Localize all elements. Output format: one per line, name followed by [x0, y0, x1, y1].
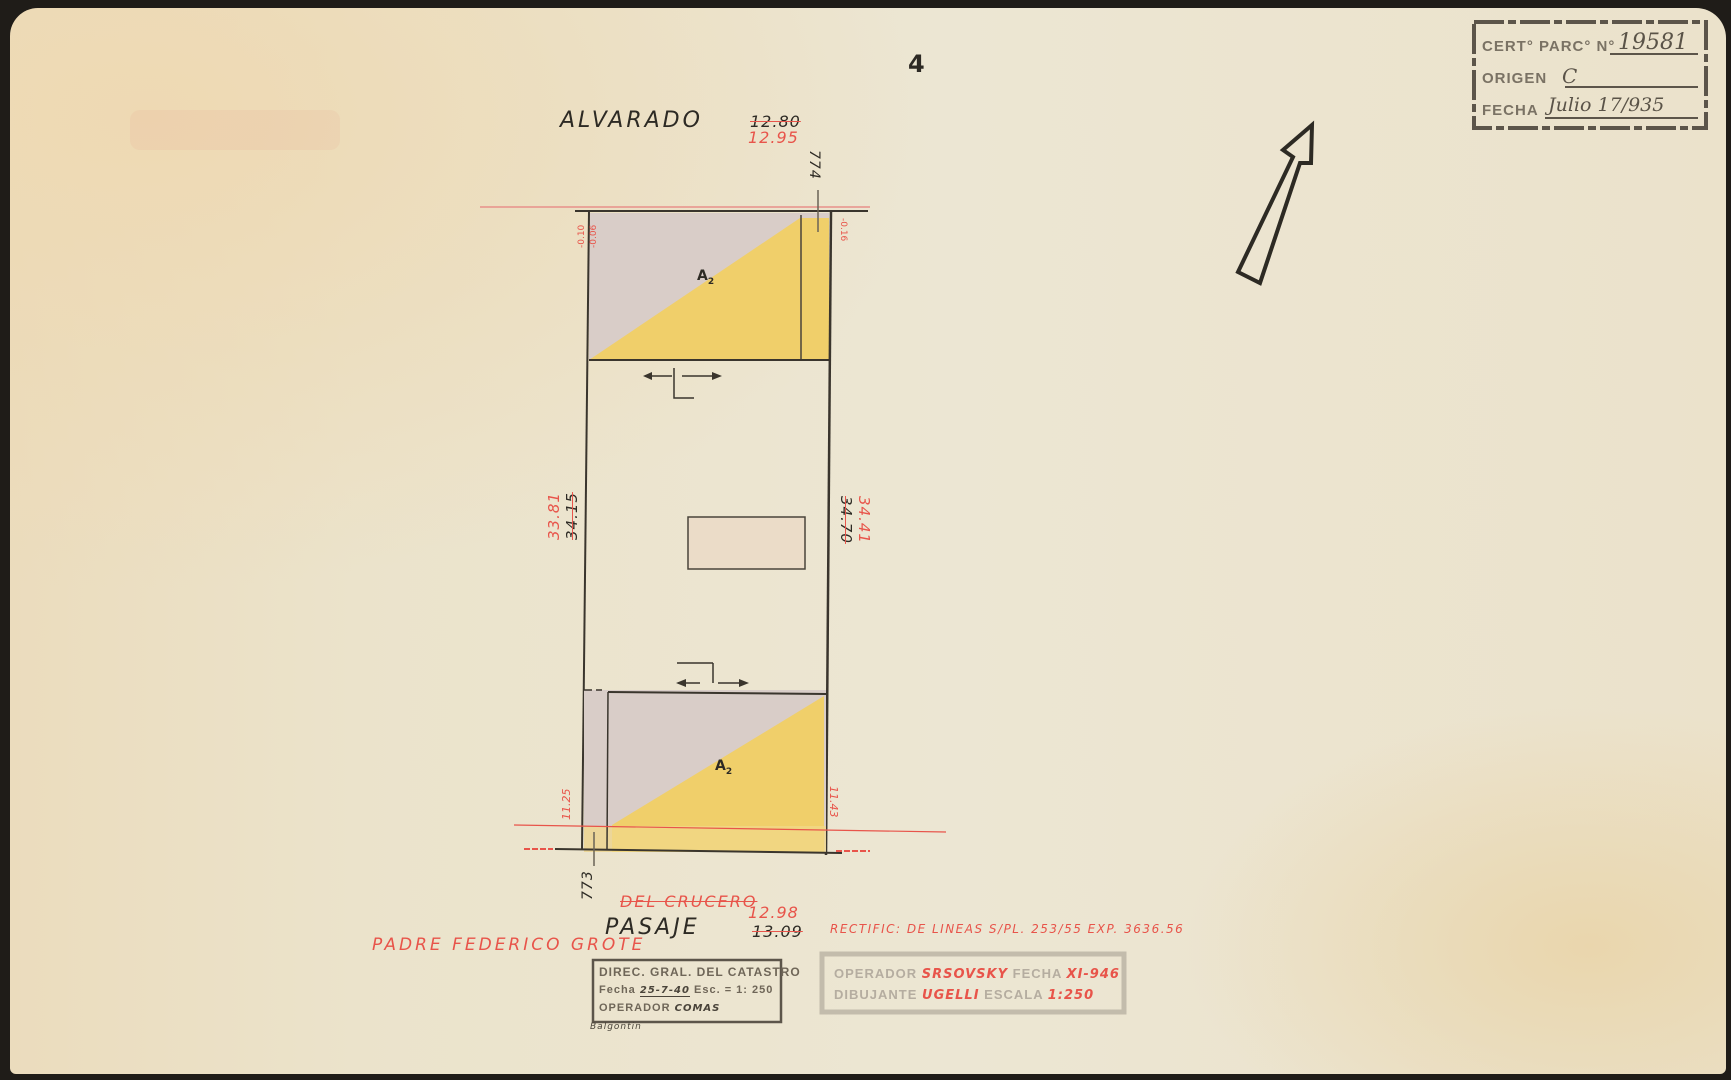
right-side-old-dim: 34.70: [837, 496, 855, 544]
rectification-note: RECTIFIC: DE LINEAS S/PL. 253/55 EXP. 36…: [830, 922, 1184, 936]
corner-street-note: PADRE FEDERICO GROTE: [372, 935, 645, 955]
parcel-number-top: 774: [806, 150, 822, 180]
street-top-new-measure: 12.95: [748, 128, 799, 147]
cert-stamp-number-value: 19581: [1618, 30, 1688, 55]
street-bottom-new-measure: 12.98: [748, 903, 799, 922]
operador-stamp-row2: DIBUJANTE UGELLI ESCALA 1:250: [834, 987, 1094, 1003]
cert-stamp-fecha-label: FECHA: [1482, 102, 1539, 119]
cert-stamp-origen-label: ORIGEN: [1482, 70, 1547, 87]
right-side-new-dim: 34.41: [855, 496, 873, 544]
street-bottom-old-name: DEL CRUCERO: [620, 892, 757, 911]
area-label-top: A2: [697, 268, 714, 287]
cert-stamp-number-label: CERT° PARC° N°: [1482, 38, 1615, 55]
operador-stamp-row1: OPERADOR SRSOVSKY FECHA XI-946: [834, 966, 1120, 982]
north-arrow-icon: [1238, 125, 1312, 283]
bottom-left-dim: 11.25: [560, 789, 573, 821]
cert-stamp-origen-value: C: [1562, 64, 1577, 88]
bottom-right-dim: 11.43: [827, 786, 840, 818]
street-name-top: ALVARADO: [560, 108, 703, 133]
catastro-stamp-title: DIREC. GRAL. DEL CATASTRO: [599, 965, 801, 979]
corner-mark-top-left-2: -0.06: [589, 225, 599, 248]
street-bottom-old-measure: 13.09: [752, 922, 803, 941]
parcel-number-bottom: 773: [580, 870, 596, 900]
left-side-old-dim: 34.15: [563, 492, 581, 540]
left-side-new-dim: 33.81: [545, 492, 563, 540]
cert-stamp-fecha-value: Julio 17/935: [1548, 94, 1664, 116]
catastro-stamp-operador: OPERADOR COMAS: [599, 1002, 720, 1014]
page-number: 4: [908, 50, 925, 78]
catastro-stamp-fecha: Fecha 25-7-40 Esc. = 1: 250: [599, 984, 773, 996]
corner-mark-top-left-1: -0.10: [577, 225, 587, 248]
catastro-signature: Balgontin: [590, 1022, 642, 1032]
corner-mark-top-right: -0.16: [838, 218, 848, 241]
area-label-bottom: A2: [715, 758, 732, 777]
